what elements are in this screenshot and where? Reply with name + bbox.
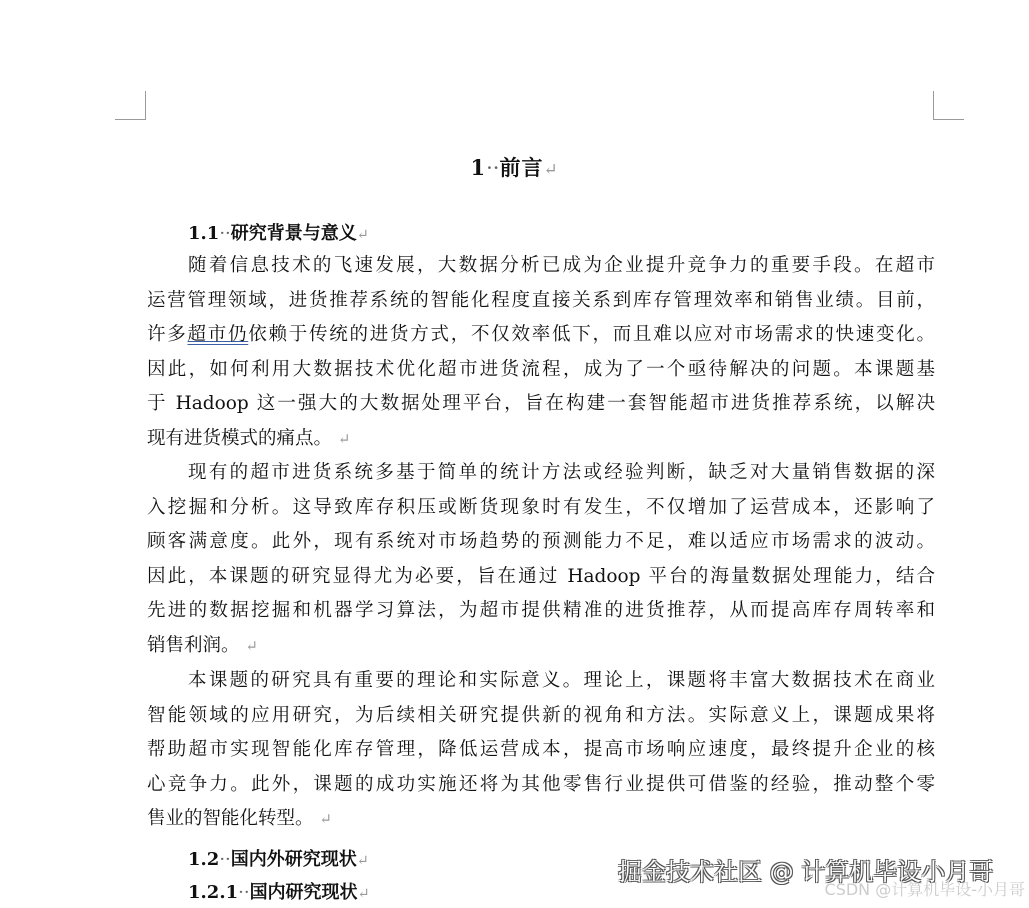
text-line: 于 Hadoop 这一强大的大数据处理平台，旨在构建一套智能超市进货推荐系统，以… xyxy=(147,387,935,422)
text-line: 运营管理领域，进货推荐系统的智能化程度直接关系到库存管理效率和销售业绩。目前， xyxy=(147,284,935,319)
grammar-underline-text[interactable]: 超市仍 xyxy=(188,324,249,345)
text-line: 现有的超市进货系统多基于简单的统计方法或经验判断，缺乏对大量销售数据的深 xyxy=(147,456,935,491)
paragraph-mark-icon: ↵ xyxy=(357,853,369,869)
heading-number: 1.2 xyxy=(188,849,219,870)
margin-corner-top-right xyxy=(933,91,964,120)
paragraph-2: 现有的超市进货系统多基于简单的统计方法或经验判断，缺乏对大量销售数据的深 入挖掘… xyxy=(147,456,935,663)
text-line: 智能领域的应用研究，为后续相关研究提供新的视角和方法。实际意义上，课题成果将 xyxy=(147,699,935,734)
heading-number: 1.1 xyxy=(188,223,219,244)
paragraph-mark-icon: ↵ xyxy=(358,886,370,902)
text-segment: 销售利润。 xyxy=(147,635,240,656)
text-line: 因此，如何利用大数据技术优化超市进货流程，成为了一个亟待解决的问题。本课题基 xyxy=(147,353,935,388)
text-line: 现有进货模式的痛点。 ↵ xyxy=(147,422,935,457)
margin-corner-top-left xyxy=(115,91,146,120)
csdn-watermark: CSDN @计算机毕设-小月哥 xyxy=(825,877,1025,900)
paragraph-1: 随着信息技术的飞速发展，大数据分析已成为企业提升竞争力的重要手段。在超市 运营管… xyxy=(147,249,935,456)
paragraph-mark-icon: ↵ xyxy=(319,811,331,828)
heading-1: 1··前言↵ xyxy=(0,152,1029,182)
text-line: 随着信息技术的飞速发展，大数据分析已成为企业提升竞争力的重要手段。在超市 xyxy=(147,249,935,284)
heading-title: 研究背景与意义 xyxy=(231,223,357,244)
space-marks: ·· xyxy=(238,882,249,903)
paragraph-3: 本课题的研究具有重要的理论和实际意义。理论上，课题将丰富大数据技术在商业 智能领… xyxy=(147,664,935,837)
paragraph-mark-icon: ↵ xyxy=(357,227,369,243)
text-line: 入挖掘和分析。这导致库存积压或断货现象时有发生，不仅增加了运营成本，还影响了 xyxy=(147,491,935,526)
heading-title: 国内外研究现状 xyxy=(231,849,357,870)
space-marks: ·· xyxy=(219,223,230,244)
text-segment: 许多 xyxy=(147,324,188,345)
text-line: 售业的智能化转型。 ↵ xyxy=(147,802,935,837)
text-segment: 依赖于传统的进货方式，不仅效率低下，而且难以应对市场需求的快速变化。 xyxy=(248,324,935,345)
heading-title: 国内研究现状 xyxy=(250,882,358,903)
heading-number: 1.2.1 xyxy=(188,882,238,903)
paragraph-mark-icon: ↵ xyxy=(543,159,558,179)
heading-1-2-1: 1.2.1··国内研究现状↵ xyxy=(188,878,370,904)
heading-1-1: 1.1··研究背景与意义↵ xyxy=(188,219,369,245)
text-segment: 现有进货模式的痛点。 xyxy=(147,428,332,449)
heading-1-2: 1.2··国内外研究现状↵ xyxy=(188,845,369,871)
text-line: 许多超市仍依赖于传统的进货方式，不仅效率低下，而且难以应对市场需求的快速变化。 xyxy=(147,318,935,353)
text-line: 先进的数据挖掘和机器学习算法，为超市提供精准的进货推荐，从而提高库存周转率和 xyxy=(147,594,935,629)
text-line: 因此，本课题的研究显得尤为必要，旨在通过 Hadoop 平台的海量数据处理能力，… xyxy=(147,560,935,595)
text-line: 顾客满意度。此外，现有系统对市场趋势的预测能力不足，难以适应市场需求的波动。 xyxy=(147,525,935,560)
space-marks: ·· xyxy=(486,156,499,180)
heading-number: 1 xyxy=(470,155,486,180)
text-line: 帮助超市实现智能化库存管理，降低运营成本，提高市场响应速度，最终提升企业的核 xyxy=(147,733,935,768)
paragraph-mark-icon: ↵ xyxy=(245,638,257,655)
space-marks: ·· xyxy=(219,849,230,870)
text-line: 心竞争力。此外，课题的成功实施还将为其他零售行业提供可借鉴的经验，推动整个零 xyxy=(147,768,935,803)
text-segment: 售业的智能化转型。 xyxy=(147,808,314,829)
paragraph-mark-icon: ↵ xyxy=(338,431,350,448)
text-line: 本课题的研究具有重要的理论和实际意义。理论上，课题将丰富大数据技术在商业 xyxy=(147,664,935,699)
heading-title: 前言 xyxy=(499,155,543,180)
text-line: 销售利润。 ↵ xyxy=(147,629,935,664)
